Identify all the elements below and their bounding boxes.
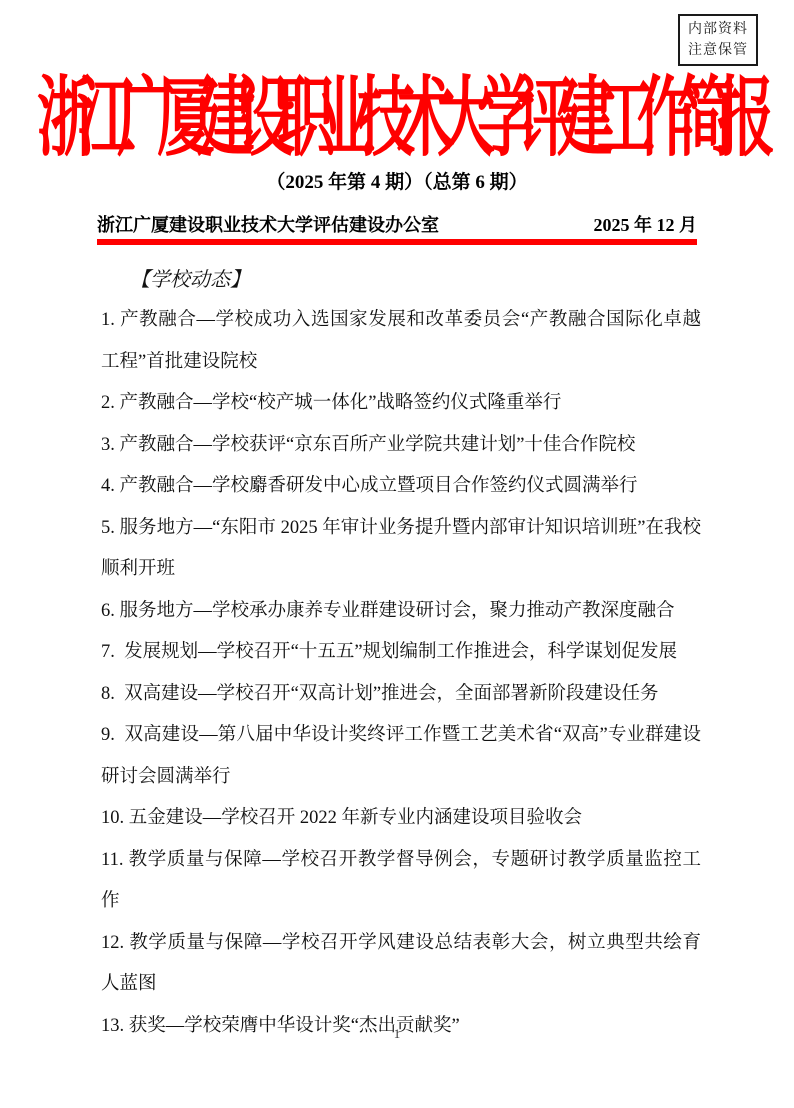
confidential-box: 内部资料 注意保管: [678, 14, 758, 66]
news-item-5: 5. 服务地方—“东阳市 2025 年审计业务提升暨内部审计知识培训班”在我校顺…: [101, 508, 701, 591]
issue-date: 2025 年 12 月: [594, 211, 698, 237]
news-item-4: 4. 产教融合—学校麝香研发中心成立暨项目合作签约仪式圆满举行: [101, 466, 701, 508]
news-item-3: 3. 产教融合—学校获评“京东百所产业学院共建计划”十佳合作院校: [101, 425, 701, 467]
confidential-line-1: 内部资料: [687, 19, 749, 40]
news-item-6: 6. 服务地方—学校承办康养专业群建设研讨会，聚力推动产教深度融合: [101, 591, 701, 633]
news-item-8: 8. 双高建设—学校召开“双高计划”推进会，全面部署新阶段建设任务: [101, 674, 701, 716]
confidential-line-2: 注意保管: [687, 40, 749, 61]
page-number: 1: [0, 1026, 794, 1042]
document-page: 内部资料 注意保管 浙江广厦建设职业技术大学评建工作简报 （2025 年第 4 …: [0, 0, 794, 1108]
news-item-7: 7. 发展规划—学校召开“十五五”规划编制工作推进会，科学谋划促发展: [101, 632, 701, 674]
publisher-name: 浙江广厦建设职业技术大学评估建设办公室: [97, 211, 439, 237]
news-item-1: 1. 产教融合—学校成功入选国家发展和改革委员会“产教融合国际化卓越工程”首批建…: [101, 300, 701, 383]
news-item-2: 2. 产教融合—学校“校产城一体化”战略签约仪式隆重举行: [101, 383, 701, 425]
news-list: 1. 产教融合—学校成功入选国家发展和改革委员会“产教融合国际化卓越工程”首批建…: [101, 300, 701, 1047]
news-item-12: 12. 教学质量与保障—学校召开学风建设总结表彰大会，树立典型共绘育人蓝图: [101, 923, 701, 1006]
news-item-11: 11. 教学质量与保障—学校召开教学督导例会，专题研讨教学质量监控工作: [101, 840, 701, 923]
section-heading-school-news: 【学校动态】: [130, 263, 250, 292]
publisher-row: 浙江广厦建设职业技术大学评估建设办公室 2025 年 12 月: [97, 211, 697, 237]
news-item-9: 9. 双高建设—第八届中华设计奖终评工作暨工艺美术省“双高”专业群建设研讨会圆满…: [101, 715, 701, 798]
masthead: 浙江广厦建设职业技术大学评建工作简报: [0, 70, 794, 168]
newsletter-title: 浙江广厦建设职业技术大学评建工作简报: [37, 76, 757, 163]
double-red-rule: [97, 239, 697, 245]
news-item-10: 10. 五金建设—学校召开 2022 年新专业内涵建设项目验收会: [101, 798, 701, 840]
issue-line: （2025 年第 4 期）（总第 6 期）: [0, 167, 794, 194]
